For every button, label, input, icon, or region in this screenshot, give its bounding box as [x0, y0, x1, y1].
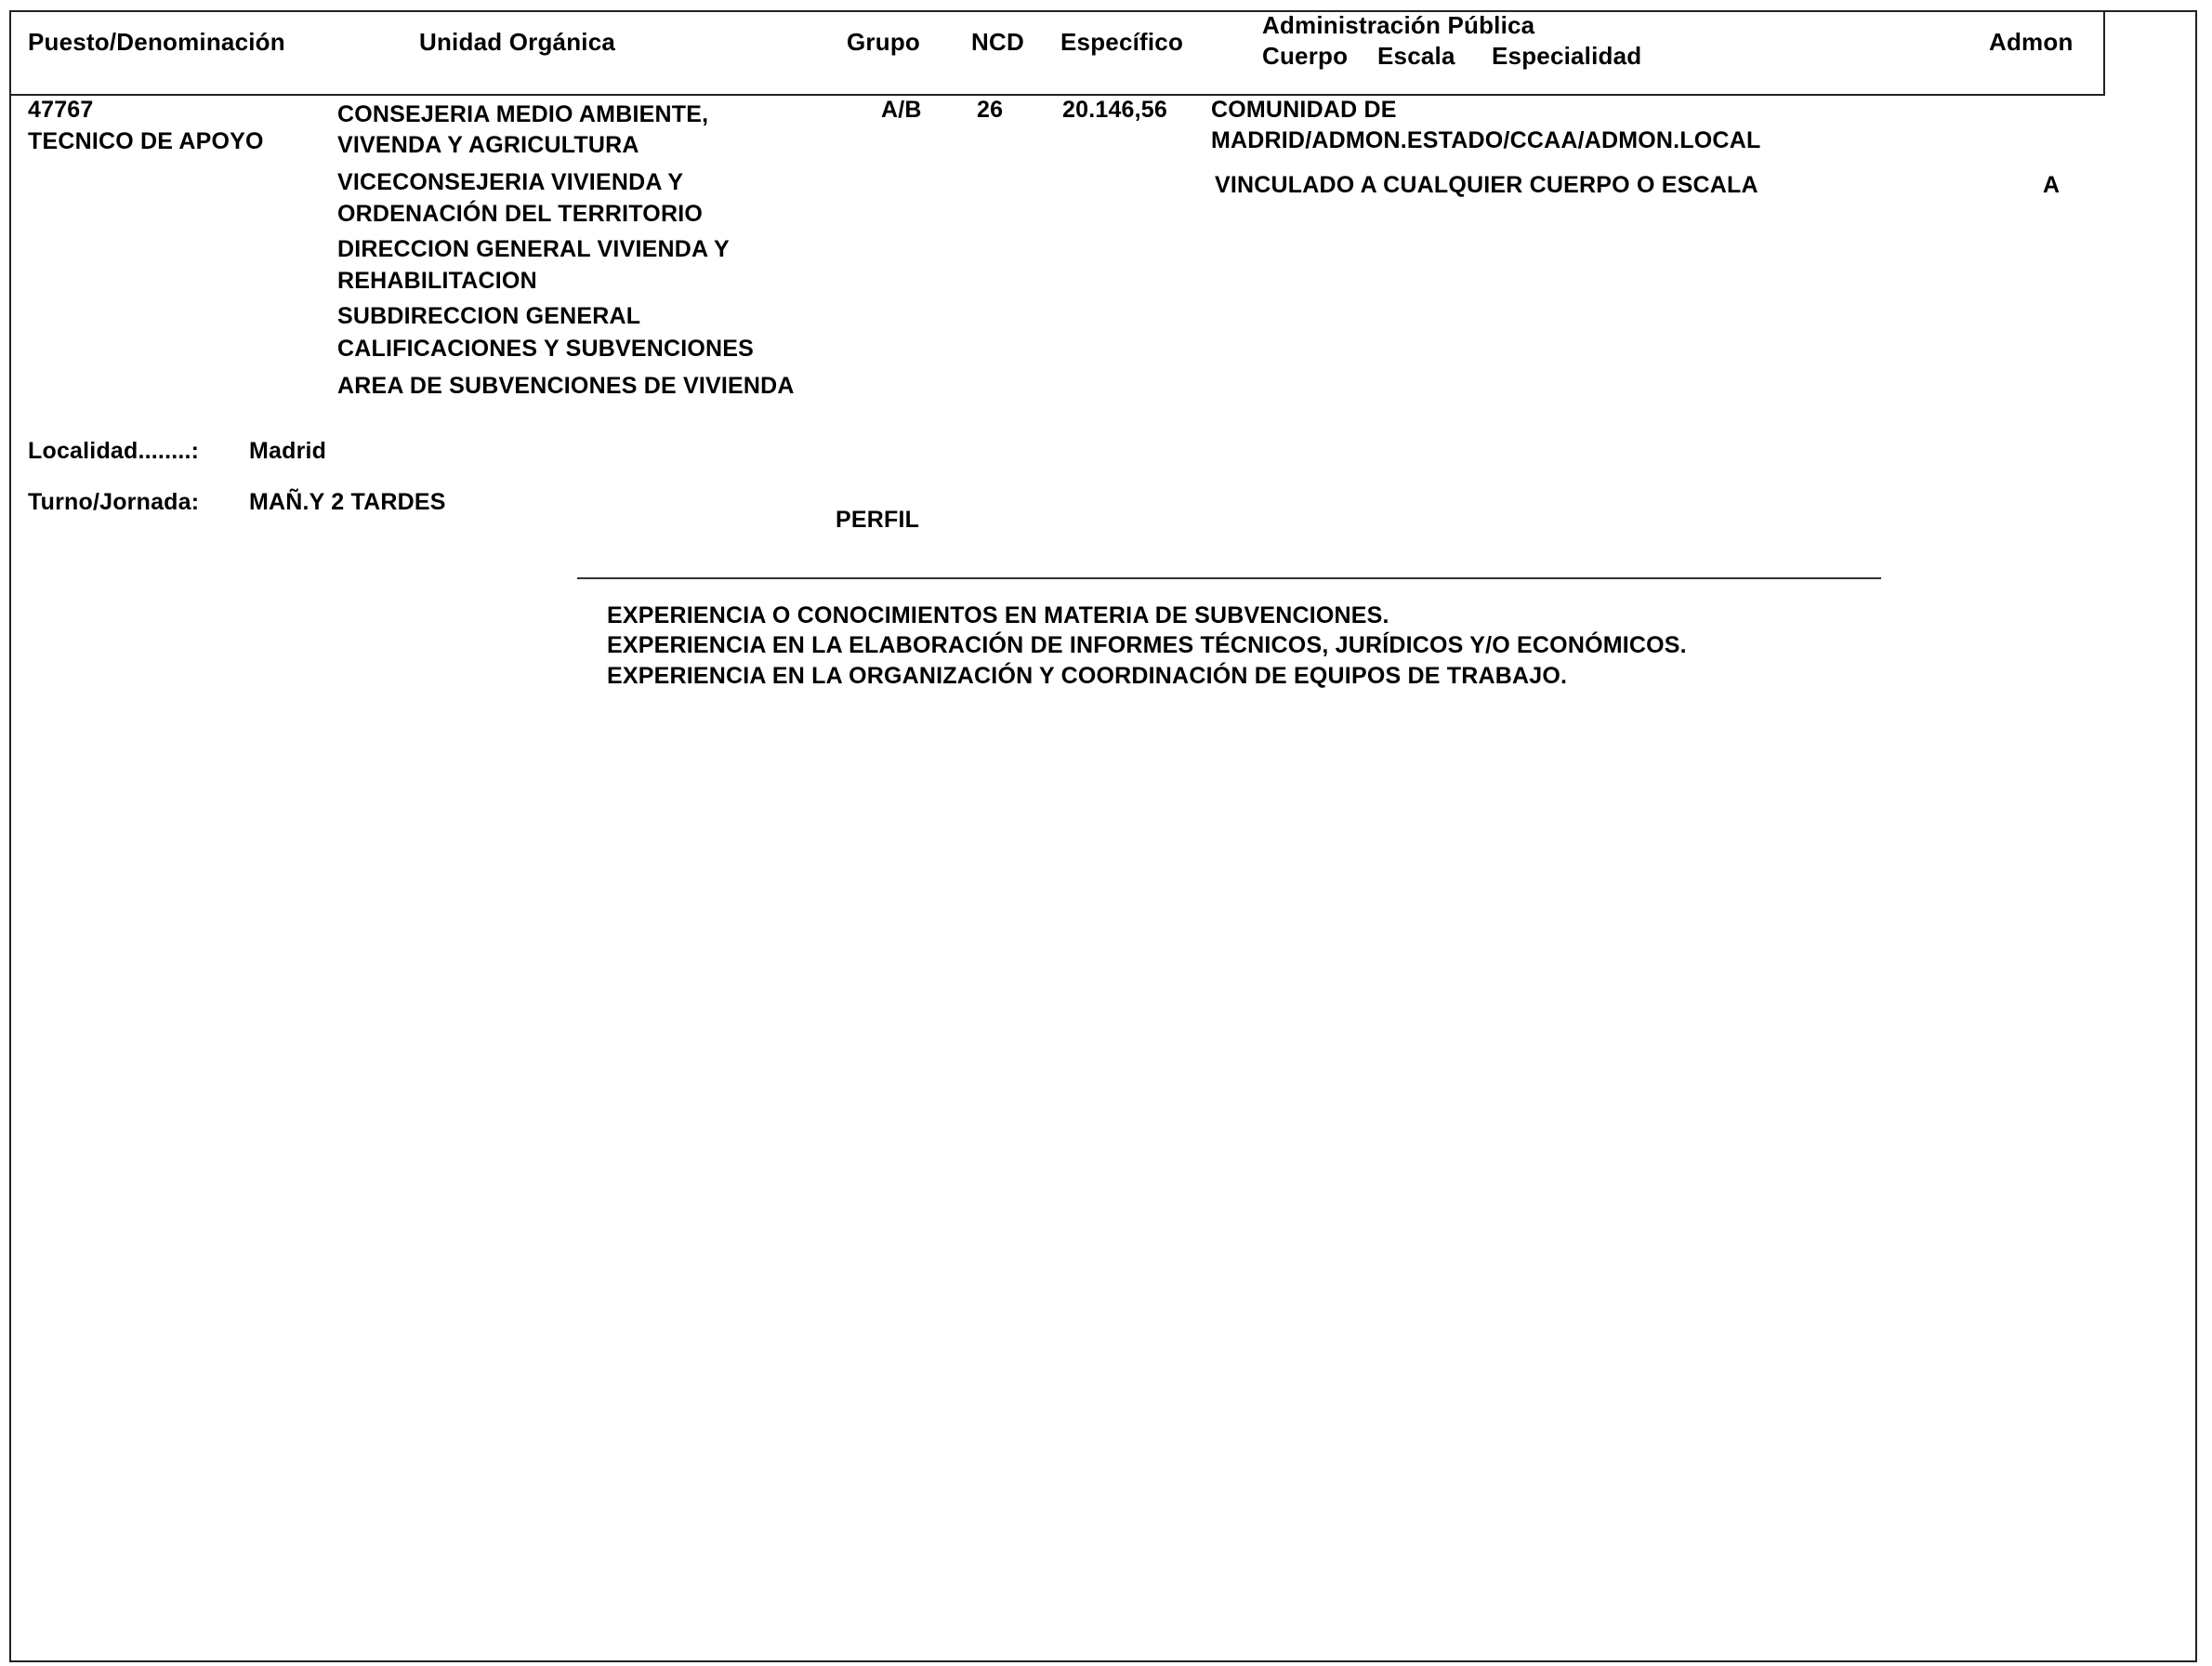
header-grupo: Grupo — [847, 28, 920, 56]
table-header — [9, 10, 2105, 96]
ncd-value: 26 — [977, 96, 1003, 124]
turno-value: MAÑ.Y 2 TARDES — [249, 488, 446, 516]
especifico-value: 20.146,56 — [1062, 96, 1167, 124]
administracion-line: MADRID/ADMON.ESTADO/CCAA/ADMON.LOCAL — [1211, 126, 1760, 154]
header-unidad: Unidad Orgánica — [419, 28, 615, 56]
localidad-label: Localidad........: — [28, 437, 199, 465]
header-especifico: Específico — [1060, 28, 1183, 56]
perfil-line: EXPERIENCIA EN LA ELABORACIÓN DE INFORME… — [607, 631, 1687, 659]
unidad-line: CALIFICACIONES Y SUBVENCIONES — [337, 335, 754, 363]
perfil-line: EXPERIENCIA EN LA ORGANIZACIÓN Y COORDIN… — [607, 662, 1567, 690]
unidad-line: ORDENACIÓN DEL TERRITORIO — [337, 200, 703, 228]
grupo-value: A/B — [881, 96, 922, 124]
header-ncd: NCD — [971, 28, 1024, 56]
header-administracion: Administración Pública — [1262, 11, 1534, 39]
unidad-line: AREA DE SUBVENCIONES DE VIVIENDA — [337, 372, 795, 400]
unidad-line: VICECONSEJERIA VIVIENDA Y — [337, 168, 683, 196]
unidad-line: CONSEJERIA MEDIO AMBIENTE, — [337, 100, 708, 128]
admon-value: A — [2043, 171, 2060, 199]
header-especialidad: Especialidad — [1492, 42, 1641, 70]
perfil-line: EXPERIENCIA O CONOCIMIENTOS EN MATERIA D… — [607, 602, 1389, 629]
puesto-denominacion: TECNICO DE APOYO — [28, 127, 264, 155]
puesto-codigo: 47767 — [28, 96, 94, 124]
header-admon: Admon — [1989, 28, 2074, 56]
perfil-divider — [577, 577, 1881, 579]
unidad-line: DIRECCION GENERAL VIVIENDA Y — [337, 235, 730, 263]
administracion-line: COMUNIDAD DE — [1211, 96, 1397, 124]
cuerpo-escala-value: VINCULADO A CUALQUIER CUERPO O ESCALA — [1215, 171, 1758, 199]
localidad-value: Madrid — [249, 437, 326, 465]
unidad-line: SUBDIRECCION GENERAL — [337, 302, 640, 330]
turno-label: Turno/Jornada: — [28, 488, 199, 516]
perfil-title: PERFIL — [836, 506, 919, 534]
unidad-line: REHABILITACION — [337, 267, 537, 295]
header-cuerpo: Cuerpo — [1262, 42, 1348, 70]
header-escala: Escala — [1377, 42, 1455, 70]
header-puesto: Puesto/Denominación — [28, 28, 285, 56]
unidad-line: VIVENDA Y AGRICULTURA — [337, 131, 639, 159]
